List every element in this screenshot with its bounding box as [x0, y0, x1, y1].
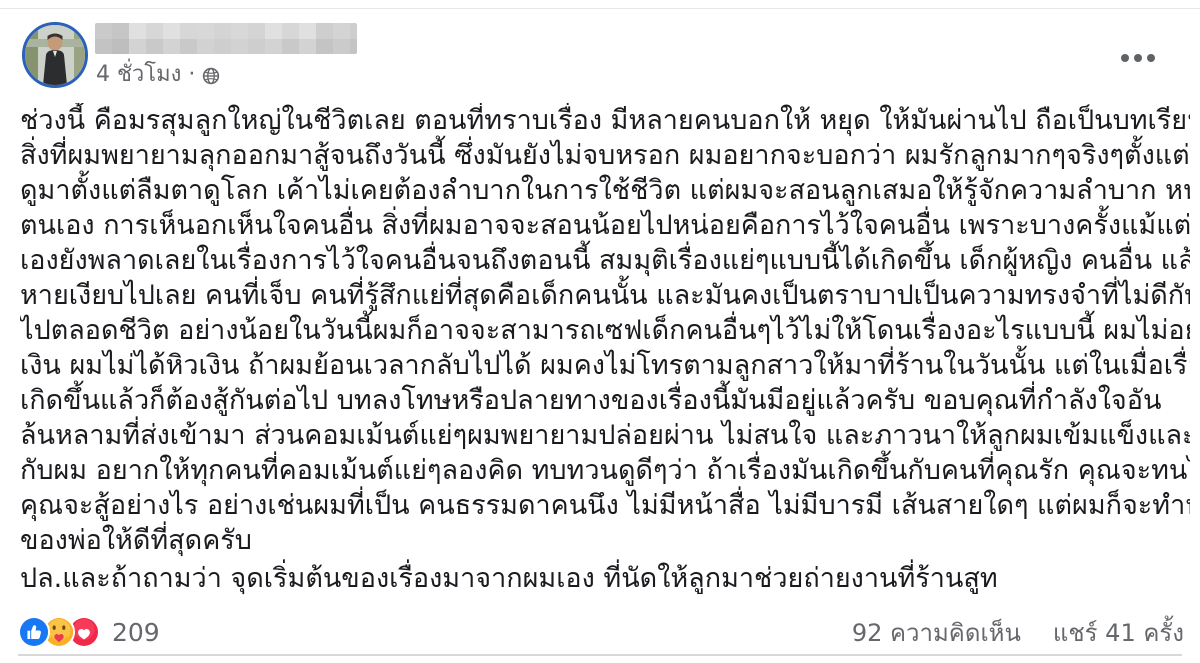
more-options-button[interactable]: [1112, 44, 1164, 72]
post-meta: 4 ชั่วโมง ·: [96, 60, 220, 90]
post-text-line: เงิน ผมไม่ได้หิวเงิน ถ้าผมย้อนเวลากลับไป…: [20, 348, 1190, 383]
comments-count[interactable]: 92 ความคิดเห็น: [852, 613, 1021, 652]
avatar-photo: [25, 25, 85, 85]
post-footer: 209 92 ความคิดเห็น แชร์ 41 ครั้ง: [18, 610, 1184, 654]
post-text-line: เองยังพลาดเลยในเรื่องการไว้ใจคนอื่นจนถึง…: [20, 243, 1190, 278]
timestamp[interactable]: 4 ชั่วโมง: [96, 60, 181, 90]
post-text-line: ช่วงนี้ คือมรสุมลูกใหญ่ในชีวิตเลย ตอนที่…: [20, 103, 1190, 138]
more-options-icon: [1121, 54, 1129, 62]
more-options-icon: [1147, 54, 1155, 62]
avatar[interactable]: [22, 22, 88, 88]
post-text-line: สิ่งที่ผมพยายามลุกออกมาสู้จนถึงวันนี้ ซึ…: [20, 138, 1190, 173]
shares-count[interactable]: แชร์ 41 ครั้ง: [1053, 613, 1184, 652]
post-text-line: ปล.และถ้าถามว่า จุดเริ่มต้นของเรื่องมาจา…: [20, 561, 1190, 596]
globe-privacy-icon: [202, 67, 220, 85]
footer-divider: [18, 654, 1182, 656]
facebook-post-card: 4 ชั่วโมง · ช่วงนี้ คือมรสุมลูกใหญ่ในชีว…: [0, 0, 1200, 663]
footer-right: 92 ความคิดเห็น แชร์ 41 ครั้ง: [852, 613, 1184, 652]
post-text-line: ล้นหลามที่ส่งเข้ามา ส่วนคอมเม้นต์แย่ๆผมพ…: [20, 418, 1190, 453]
post-text-line: ของพ่อให้ดีที่สุดครับ: [20, 523, 1190, 558]
post-text-line: ไปตลอดชีวิต อย่างน้อยในวันนี้ผมก็อาจจะสา…: [20, 313, 1190, 348]
meta-dot-separator: ·: [188, 60, 195, 90]
reaction-count[interactable]: 209: [112, 618, 160, 647]
like-reaction-icon[interactable]: [18, 616, 50, 648]
card-top-edge: [0, 8, 1200, 9]
post-text-line: หายเงียบไปเลย คนที่เจ็บ คนที่รู้สึกแย่ที…: [20, 278, 1190, 313]
post-header: 4 ชั่วโมง ·: [22, 20, 1180, 92]
post-text-line: กับผม อยากให้ทุกคนที่คอมเม้นต์แย่ๆลองคิด…: [20, 453, 1190, 488]
post-text: ช่วงนี้ คือมรสุมลูกใหญ่ในชีวิตเลย ตอนที่…: [20, 103, 1190, 608]
reactions-summary[interactable]: 209: [18, 616, 160, 648]
post-text-line: เกิดขึ้นแล้วก็ต้องสู้กันต่อไป บทลงโทษหรื…: [20, 383, 1190, 418]
post-text-line: ดูมาตั้งแต่ลืมตาดูโลก เค้าไม่เคยต้องลำบา…: [20, 173, 1190, 208]
post-text-line: ตนเอง การเห็นอกเห็นใจคนอื่น สิ่งที่ผมอาจ…: [20, 208, 1190, 243]
more-options-icon: [1134, 54, 1142, 62]
post-text-line: คุณจะสู้อย่างไร อย่างเช่นผมที่เป็น คนธรร…: [20, 488, 1190, 523]
author-name-redacted[interactable]: [95, 23, 357, 54]
